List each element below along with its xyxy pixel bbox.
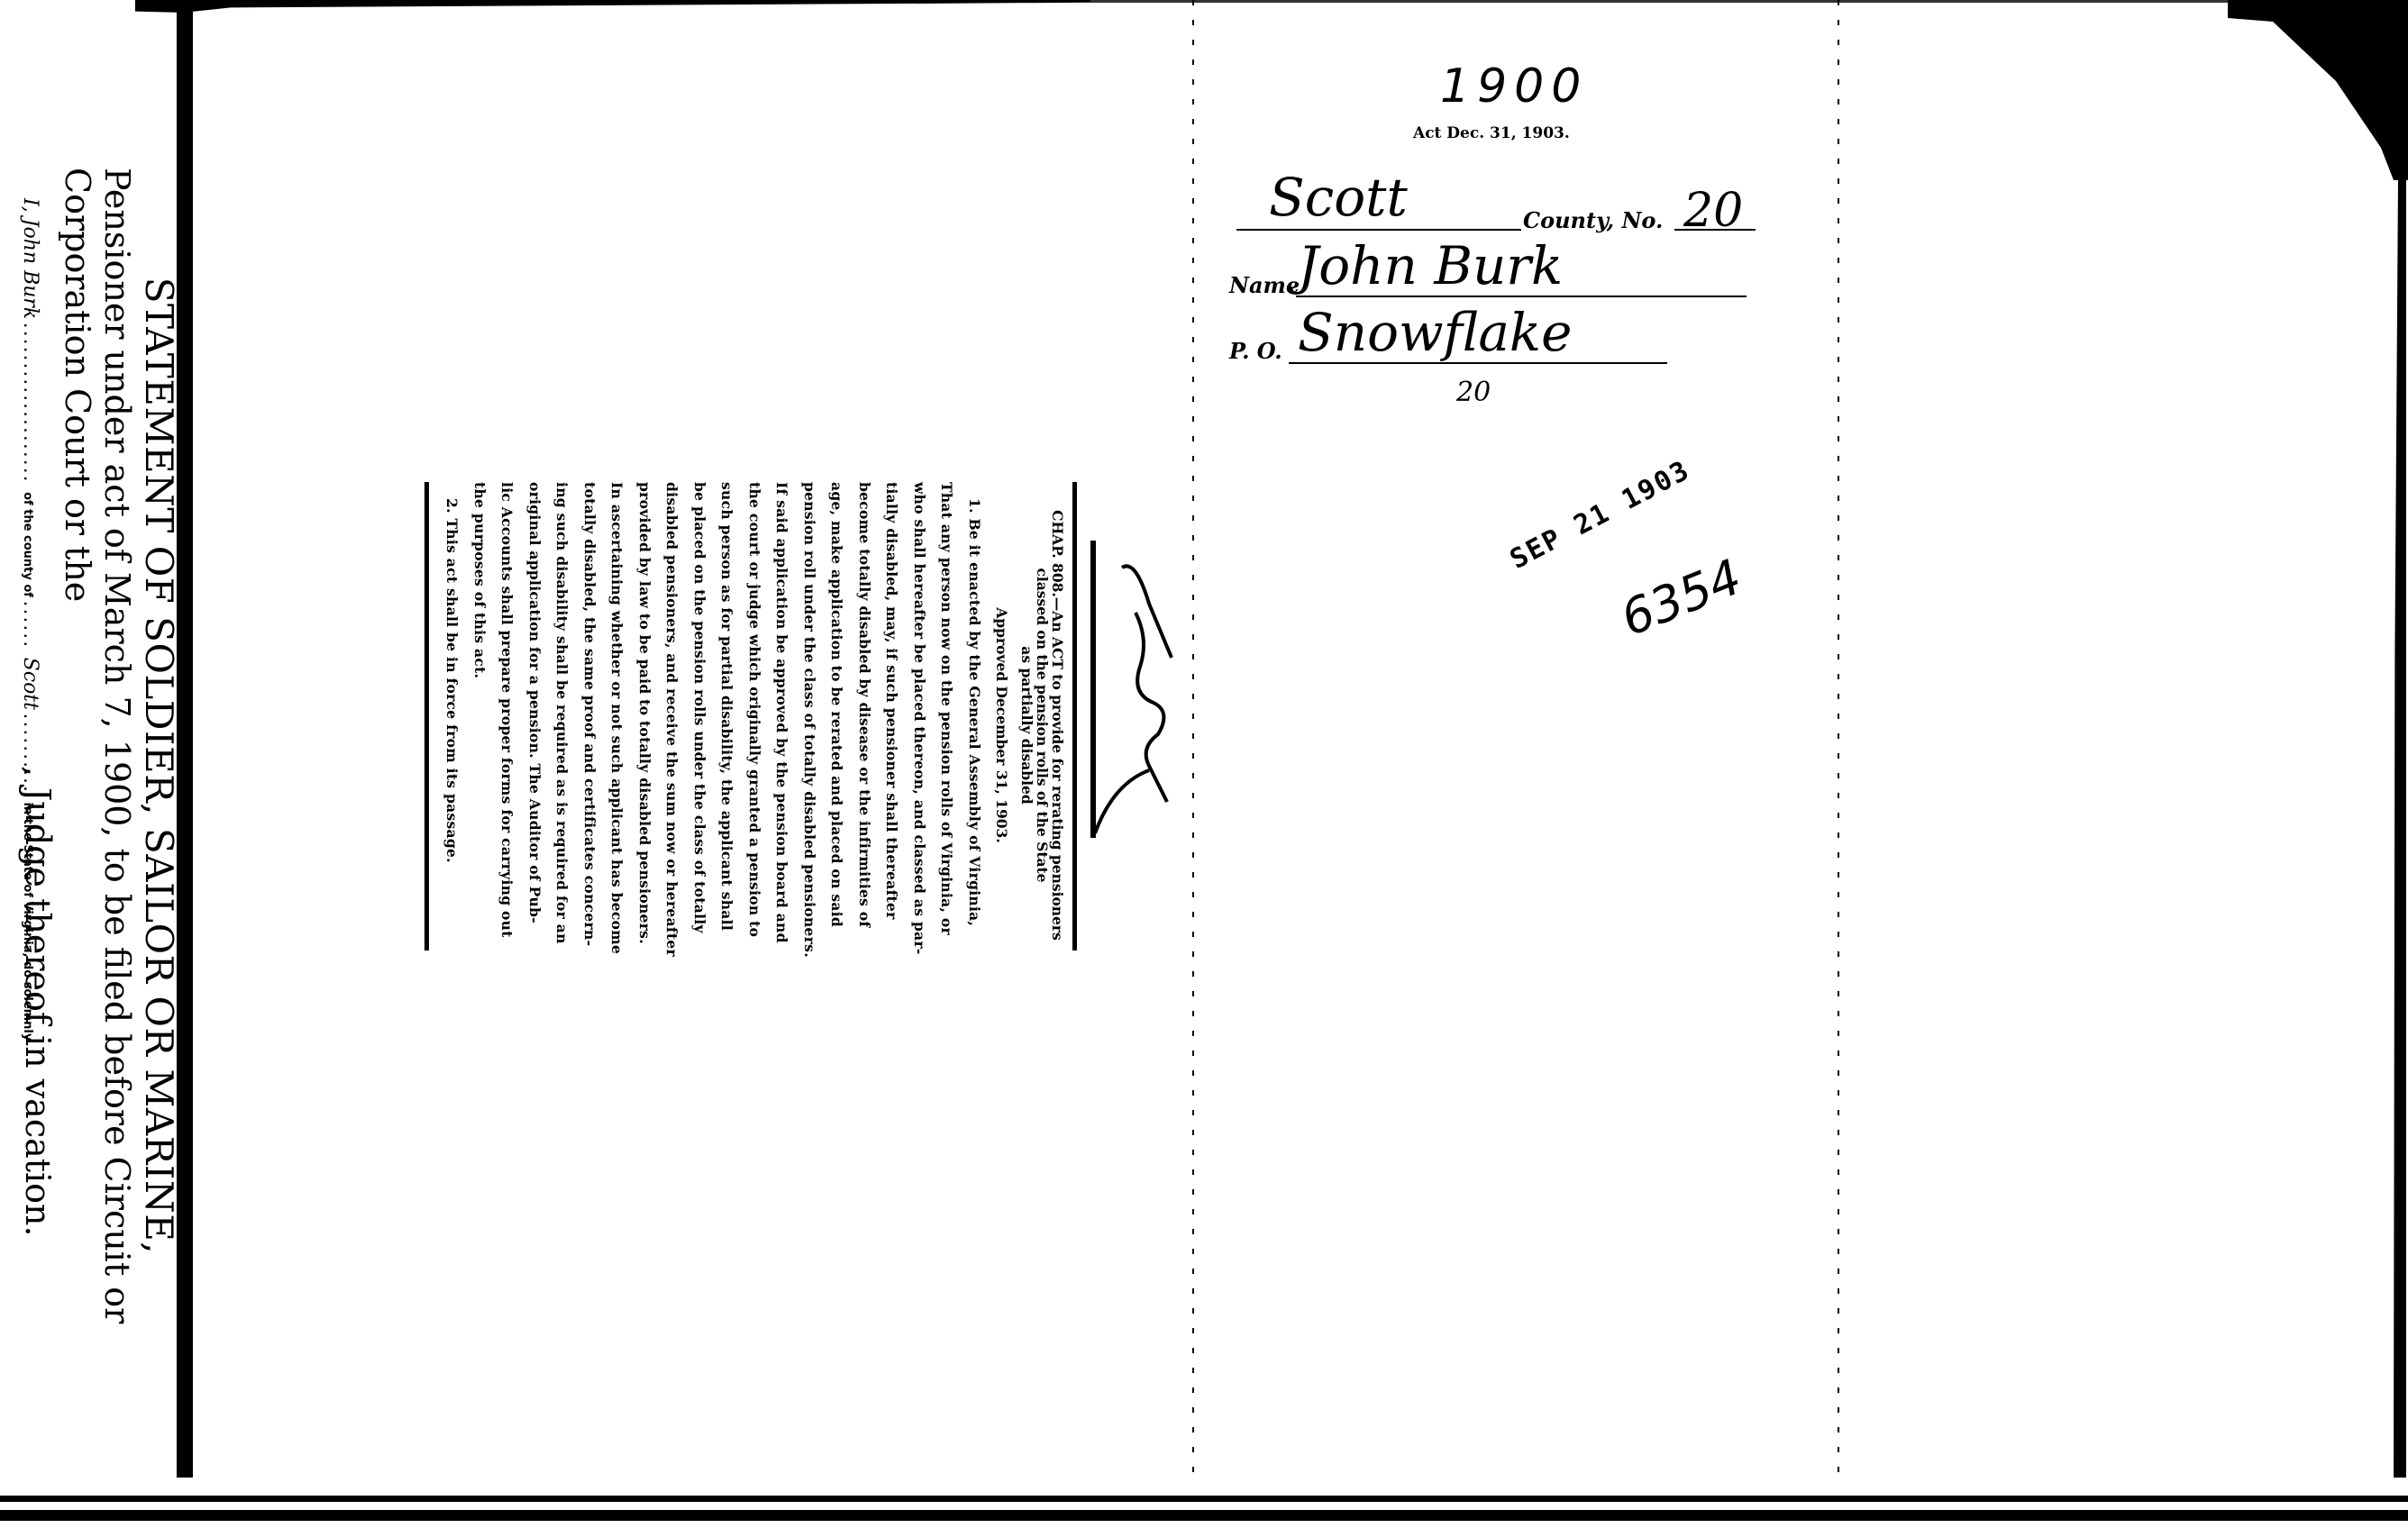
scan-right-edge <box>2394 99 2406 1487</box>
act-reference: Act Dec. 31, 1903. <box>1413 124 1570 142</box>
top-rule <box>1072 482 1077 950</box>
county-underline <box>1236 229 1521 231</box>
file-number: 6354 <box>1613 549 1749 648</box>
act-body-line: such person as for partial disability, t… <box>713 482 741 969</box>
oath-county-handwritten: Scott <box>19 658 41 710</box>
act-body-line: totally disabled, the same proof and cer… <box>576 482 604 969</box>
scan-top-border <box>1090 0 2408 3</box>
post-office-mark: 20 <box>1456 377 1491 408</box>
act-body-line: who shall hereafter be placed thereon, a… <box>906 482 934 969</box>
act-body-line: the court or judge which originally gran… <box>741 482 769 969</box>
name-value: John Burk <box>1298 240 1563 292</box>
county-label: County, No. <box>1523 207 1663 233</box>
act-body-line: lic Accounts shall prepare proper forms … <box>493 482 521 969</box>
county-number-underline <box>1674 229 1756 231</box>
oath-line: I, John Burk .................... of the… <box>19 198 41 1369</box>
bottom-rule <box>424 482 429 950</box>
act-body-line: the purposes of this act. <box>466 482 494 969</box>
post-office-value: Snowflake <box>1298 306 1572 359</box>
statement-subtitle: Pensioner under act of March 7, 1900, to… <box>58 135 137 1396</box>
act-text-block: CHAP. 808.—An ACT to provide for reratin… <box>424 482 1077 969</box>
act-title-line: CHAP. 808.—An ACT to provide for reratin… <box>1050 482 1065 969</box>
oath-name-handwritten: I, John Burk <box>19 198 41 319</box>
scan-corner-shadow <box>2228 0 2408 180</box>
act-body-line: ing such disability shall be required as… <box>548 482 576 969</box>
act-body-line: 1. Be it enacted by the General Assembly… <box>961 482 989 969</box>
post-office-label: P. O. <box>1229 338 1282 364</box>
act-body-line: provided by law to be paid to totally di… <box>631 482 659 969</box>
fold-line <box>1192 0 1194 1478</box>
signature-icon <box>1086 541 1185 838</box>
act-body-line: original application for a pension. The … <box>521 482 549 969</box>
act-body-line: pension roll under the class of totally … <box>796 482 824 969</box>
scan-top-edge <box>135 0 1090 13</box>
act-body-line: disabled pensioners, and receive the sum… <box>658 482 686 969</box>
post-office-underline <box>1289 362 1667 364</box>
act-body-line: 2. This act shall be in force from its p… <box>438 482 466 969</box>
act-body-line: tially disabled, may, if such pensioner … <box>878 482 906 969</box>
statement-heading-block: STATEMENT OF SOLDIER, SAILOR OR MARINE, … <box>18 135 180 1396</box>
act-title-line: classed on the pension rolls of the Stat… <box>1035 482 1050 969</box>
oath-text-county: of the county of <box>21 492 34 597</box>
oath-text-state: in the State of Virginia, do solemnly <box>21 802 34 1041</box>
act-body-line: In ascertaining whether or not such appl… <box>603 482 631 969</box>
scan-bottom-edge <box>0 1478 2408 1528</box>
act-title-line: as partially disabled <box>1019 482 1035 969</box>
statement-title: STATEMENT OF SOLDIER, SAILOR OR MARINE, <box>137 135 180 1396</box>
act-approved-date: Approved December 31, 1903. <box>993 482 1010 969</box>
name-label: Name <box>1229 272 1300 298</box>
act-body-line: That any person now on the pension rolls… <box>933 482 961 969</box>
county-value: Scott <box>1269 171 1408 223</box>
act-body-line: be placed on the pension rolls under the… <box>686 482 714 969</box>
fold-line <box>1838 0 1839 1478</box>
act-body-line: become totally disabled by disease or th… <box>851 482 879 969</box>
act-body-line: age, make application to be rerated and … <box>823 482 851 969</box>
year-handwritten: 1900 <box>1440 59 1588 114</box>
received-date-stamp: SEP 21 1903 <box>1505 454 1695 576</box>
name-underline <box>1296 296 1747 297</box>
act-body-line: If said application be approved by the p… <box>768 482 796 969</box>
